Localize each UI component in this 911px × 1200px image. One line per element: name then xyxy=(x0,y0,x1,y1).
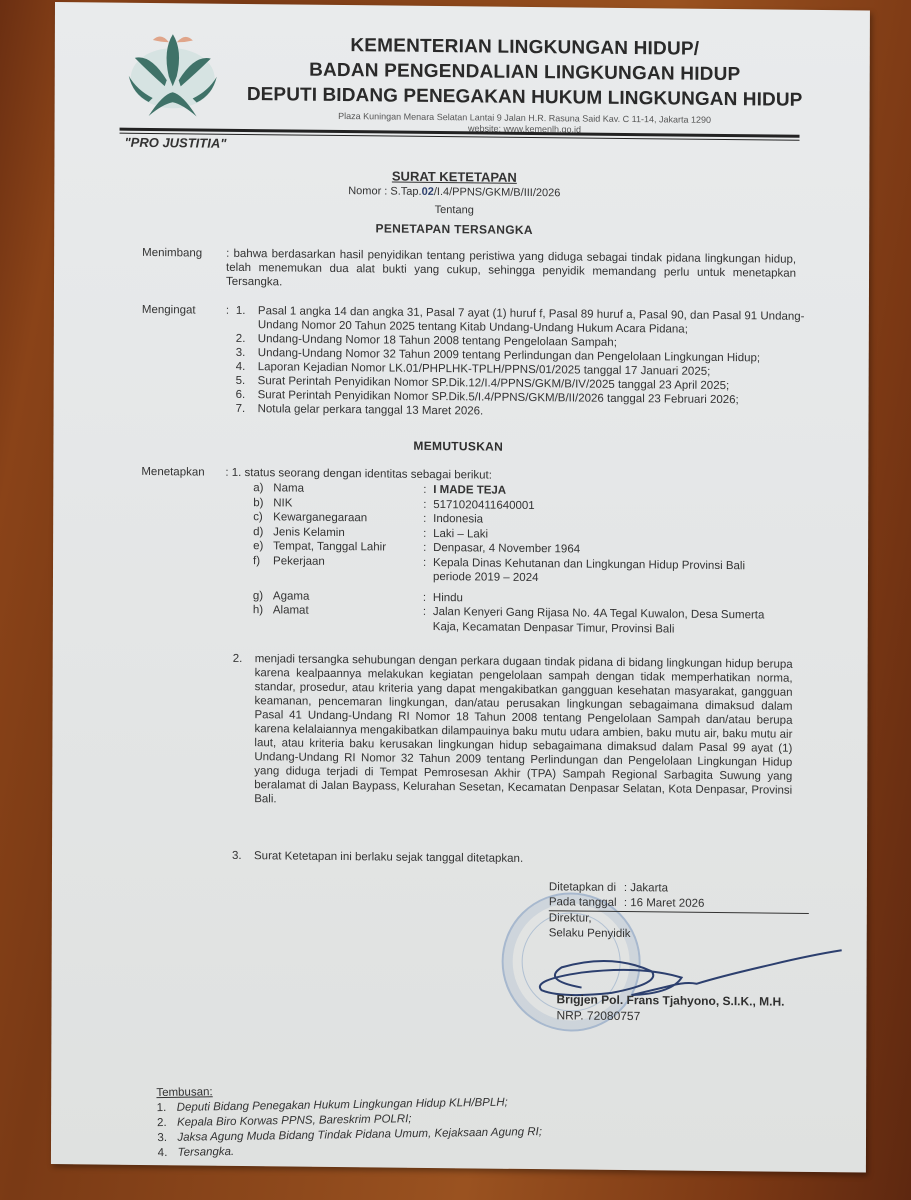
memutuskan-heading: MEMUTUSKAN xyxy=(413,439,503,454)
ministry-logo-icon xyxy=(123,28,223,124)
identity-value-wrap: :Kepala Dinas Kehutanan dan Lingkungan H… xyxy=(423,555,773,588)
tembusan-item-number: 1. xyxy=(157,1101,177,1116)
identity-field: Jenis Kelamin xyxy=(273,525,423,541)
mengingat-colon xyxy=(226,374,236,388)
identity-field: Pekerjaan xyxy=(273,554,423,585)
tembusan-item-number: 3. xyxy=(157,1131,177,1146)
place-value: : Jakarta xyxy=(624,881,668,896)
agency-name: BADAN PENGENDALIAN LINGKUNGAN HIDUP xyxy=(245,59,805,87)
number-prefix: Nomor : S.Tap. xyxy=(348,185,421,198)
about-label: Tentang xyxy=(254,202,654,218)
tembusan-item-number: 4. xyxy=(158,1146,178,1161)
date-label: Pada tanggal xyxy=(549,895,624,911)
mengingat-item-number: 2. xyxy=(236,332,258,346)
identity-colon: : xyxy=(423,590,433,605)
identity-key: d) xyxy=(253,525,273,540)
mengingat-colon: : xyxy=(226,304,236,332)
identity-field: Tempat, Tanggal Lahir xyxy=(273,539,423,555)
identity-colon: : xyxy=(423,605,433,634)
identity-key: c) xyxy=(253,510,273,525)
document-heading: SURAT KETETAPAN xyxy=(254,167,654,186)
mengingat-label: Mengingat xyxy=(142,303,196,318)
menetapkan-point2: 2. menjadi tersangka sehubungan dengan p… xyxy=(232,652,793,812)
pro-justitia-label: "PRO JUSTITIA" xyxy=(124,135,226,151)
identity-field: NIK xyxy=(273,496,423,512)
menetapkan-label: Menetapkan xyxy=(141,465,204,480)
identity-colon: : xyxy=(423,497,433,512)
mengingat-item-number: 6. xyxy=(236,388,258,402)
identity-key: h) xyxy=(253,603,273,632)
identity-colon: : xyxy=(423,555,433,584)
point3-number: 3. xyxy=(232,849,242,863)
identity-field: Nama xyxy=(273,481,423,497)
mengingat-colon xyxy=(226,346,236,360)
signer-name: Brigjen Pol. Frans Tjahyono, S.I.K., M.H… xyxy=(556,992,784,1008)
identity-key: a) xyxy=(253,481,273,496)
identity-field: Kewarganegaraan xyxy=(273,510,423,526)
place-label: Ditetapkan di xyxy=(549,880,624,896)
identity-field: Alamat xyxy=(273,603,423,634)
identity-value-wrap: :Jalan Kenyeri Gang Rijasa No. 4A Tegal … xyxy=(423,605,773,638)
mengingat-item-number: 1. xyxy=(236,304,258,332)
tembusan-block: Tembusan: 1.Deputi Bidang Penegakan Huku… xyxy=(156,1079,588,1161)
date-value: : 16 Maret 2026 xyxy=(624,896,705,912)
mengingat-item-number: 7. xyxy=(236,402,258,416)
signer-nrp: NRP. 72080757 xyxy=(556,1008,640,1023)
menetapkan-point1-head: : 1. status seorang dengan identitas seb… xyxy=(225,466,492,483)
tembusan-list: 1.Deputi Bidang Penegakan Hukum Lingkung… xyxy=(157,1094,588,1161)
identity-row: h)Alamat:Jalan Kenyeri Gang Rijasa No. 4… xyxy=(253,603,773,637)
point2-text: menjadi tersangka sehubungan dengan perk… xyxy=(254,652,793,812)
menetapkan-point3: 3. Surat Ketetapan ini berlaku sejak tan… xyxy=(232,849,792,869)
mengingat-item-number: 5. xyxy=(236,374,258,388)
mengingat-colon xyxy=(226,360,236,374)
identity-key: b) xyxy=(253,496,273,511)
tembusan-item-text: Tersangka. xyxy=(178,1145,235,1161)
identity-key: f) xyxy=(253,554,273,583)
number-suffix: /I.4/PPNS/GKM/B/III/2026 xyxy=(434,186,561,199)
mengingat-colon xyxy=(226,388,236,402)
identity-colon: : xyxy=(423,483,433,498)
identity-colon: : xyxy=(423,541,433,556)
tembusan-item-number: 2. xyxy=(157,1116,177,1131)
identity-key: g) xyxy=(253,589,273,604)
mengingat-list: :1.Pasal 1 angka 14 dan angka 31, Pasal … xyxy=(226,304,826,422)
letterhead: KEMENTERIAN LINGKUNGAN HIDUP/ BADAN PENG… xyxy=(245,34,805,137)
mengingat-item-number: 3. xyxy=(236,346,258,360)
identity-colon: : xyxy=(423,526,433,541)
identity-field: Agama xyxy=(273,589,423,605)
document-subject: PENETAPAN TERSANGKA xyxy=(254,220,654,238)
number-handwritten: 02 xyxy=(422,186,434,198)
mengingat-colon xyxy=(226,402,236,416)
document-title-block: SURAT KETETAPAN Nomor : S.Tap.02/I.4/PPN… xyxy=(254,167,654,238)
document-number: Nomor : S.Tap.02/I.4/PPNS/GKM/B/III/2026 xyxy=(254,184,654,200)
point2-number: 2. xyxy=(233,652,243,666)
identity-row: f)Pekerjaan:Kepala Dinas Kehutanan dan L… xyxy=(253,554,773,588)
mengingat-colon xyxy=(226,332,236,346)
identity-key: e) xyxy=(253,539,273,554)
identity-table: a)Nama:I MADE TEJAb)NIK:5171020411640001… xyxy=(253,481,773,637)
ministry-name: KEMENTERIAN LINGKUNGAN HIDUP/ xyxy=(245,34,805,62)
identity-colon: : xyxy=(423,512,433,527)
menimbang-text: : bahwa berdasarkan hasil penyidikan ten… xyxy=(226,247,796,295)
identity-value: Kepala Dinas Kehutanan dan Lingkungan Hi… xyxy=(433,555,773,588)
mengingat-item-number: 4. xyxy=(236,360,258,374)
point3-text: Surat Ketetapan ini berlaku sejak tangga… xyxy=(254,849,792,869)
deputy-name: DEPUTI BIDANG PENEGAKAN HUKUM LINGKUNGAN… xyxy=(245,84,805,112)
menimbang-label: Menimbang xyxy=(142,246,202,261)
identity-value: Jalan Kenyeri Gang Rijasa No. 4A Tegal K… xyxy=(433,605,773,638)
letter-document: KEMENTERIAN LINGKUNGAN HIDUP/ BADAN PENG… xyxy=(51,2,870,1173)
